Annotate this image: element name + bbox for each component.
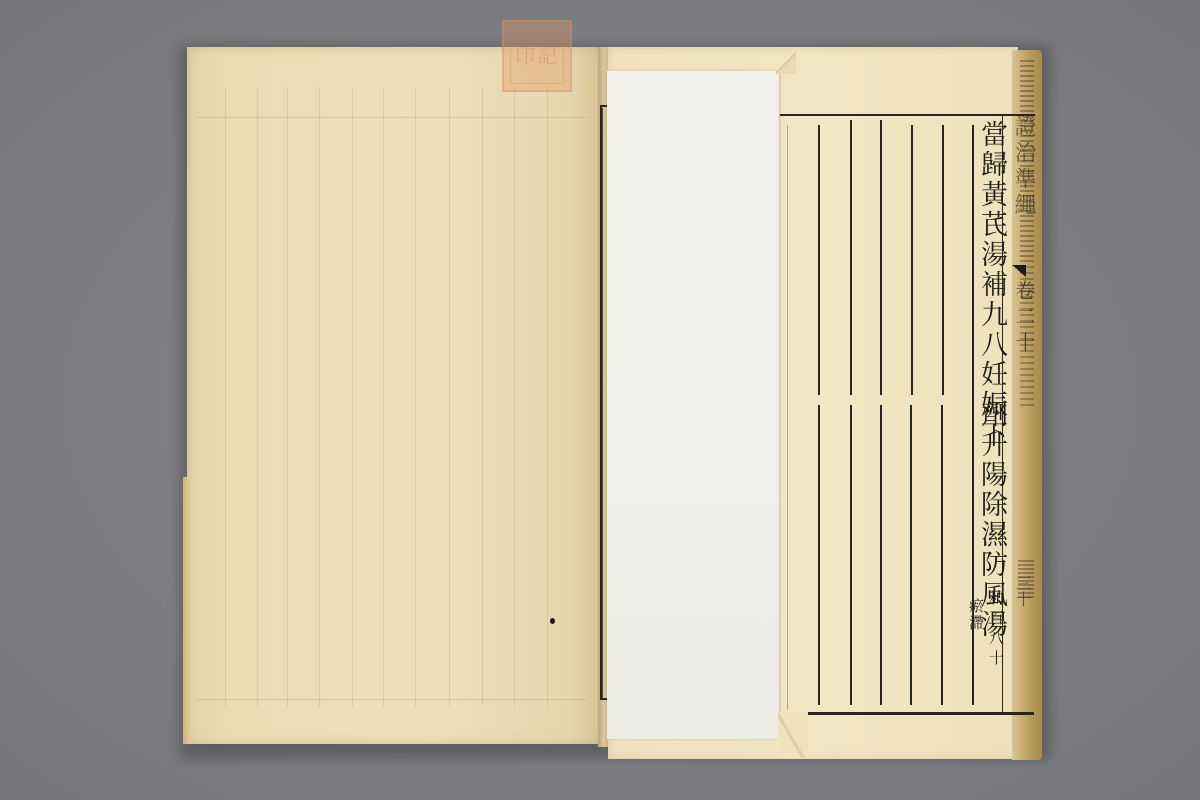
- ghost-rule: [287, 87, 288, 707]
- ghost-rule: [352, 87, 353, 707]
- column-rule: [941, 405, 943, 705]
- column-rule: [850, 405, 852, 705]
- column-rule: [942, 125, 944, 395]
- ghost-rule: [225, 87, 226, 707]
- frame-top-border: [780, 114, 1035, 116]
- slip-fold-top: [776, 50, 796, 74]
- ink-spot: [550, 618, 555, 624]
- ghost-frame-top: [197, 117, 587, 118]
- frame-bottom-border: [778, 712, 1034, 715]
- slip-fold-bottom: [778, 712, 808, 758]
- column-rule: [910, 405, 912, 705]
- fore-edge-page-number: 三十: [1014, 575, 1030, 607]
- column-rule: [880, 120, 882, 395]
- left-page: [187, 47, 602, 744]
- fore-edge-chapter: 卷二十: [1014, 280, 1034, 358]
- ghost-rule: [415, 87, 416, 707]
- column-rule: [818, 125, 820, 395]
- left-page-fold: [183, 477, 191, 744]
- column-rule: [880, 405, 882, 705]
- column-rule: [911, 125, 913, 395]
- gutter-rule: [600, 108, 603, 698]
- entry-note: 補九八: [976, 270, 1007, 360]
- annotation-right: 和百八十: [988, 590, 1003, 670]
- entry-prefix: 劑: [976, 400, 1007, 430]
- column-rule: [787, 125, 788, 710]
- ghost-rule: [449, 87, 450, 707]
- inserted-blank-slip: [607, 71, 779, 739]
- fish-tail-mark-icon: [1012, 265, 1026, 277]
- library-seal: 印記: [502, 20, 572, 92]
- ghost-rule: [514, 87, 515, 707]
- column-rule: [818, 405, 820, 705]
- ghost-rule: [547, 87, 548, 707]
- annotation-left: 瘀滯: [968, 598, 983, 632]
- ghost-rule: [383, 87, 384, 707]
- ghost-rule: [482, 87, 483, 707]
- entry-main: 當歸黃芪湯: [976, 120, 1007, 270]
- ghost-rule: [257, 87, 258, 707]
- ghost-frame-bottom: [197, 699, 587, 700]
- fore-edge-title: 證治準繩: [1012, 115, 1034, 219]
- seal-text: 印記: [504, 40, 570, 69]
- column-rule: [850, 120, 852, 395]
- ghost-rule: [319, 87, 320, 707]
